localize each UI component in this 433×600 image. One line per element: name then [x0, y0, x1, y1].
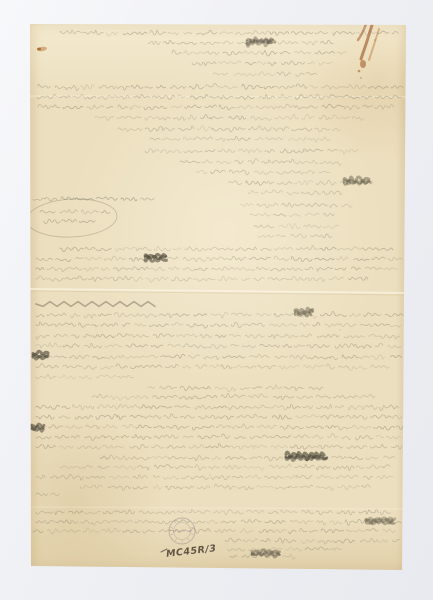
photo-backdrop: MC45R/3 [0, 0, 433, 600]
manuscript-page [28, 22, 408, 572]
